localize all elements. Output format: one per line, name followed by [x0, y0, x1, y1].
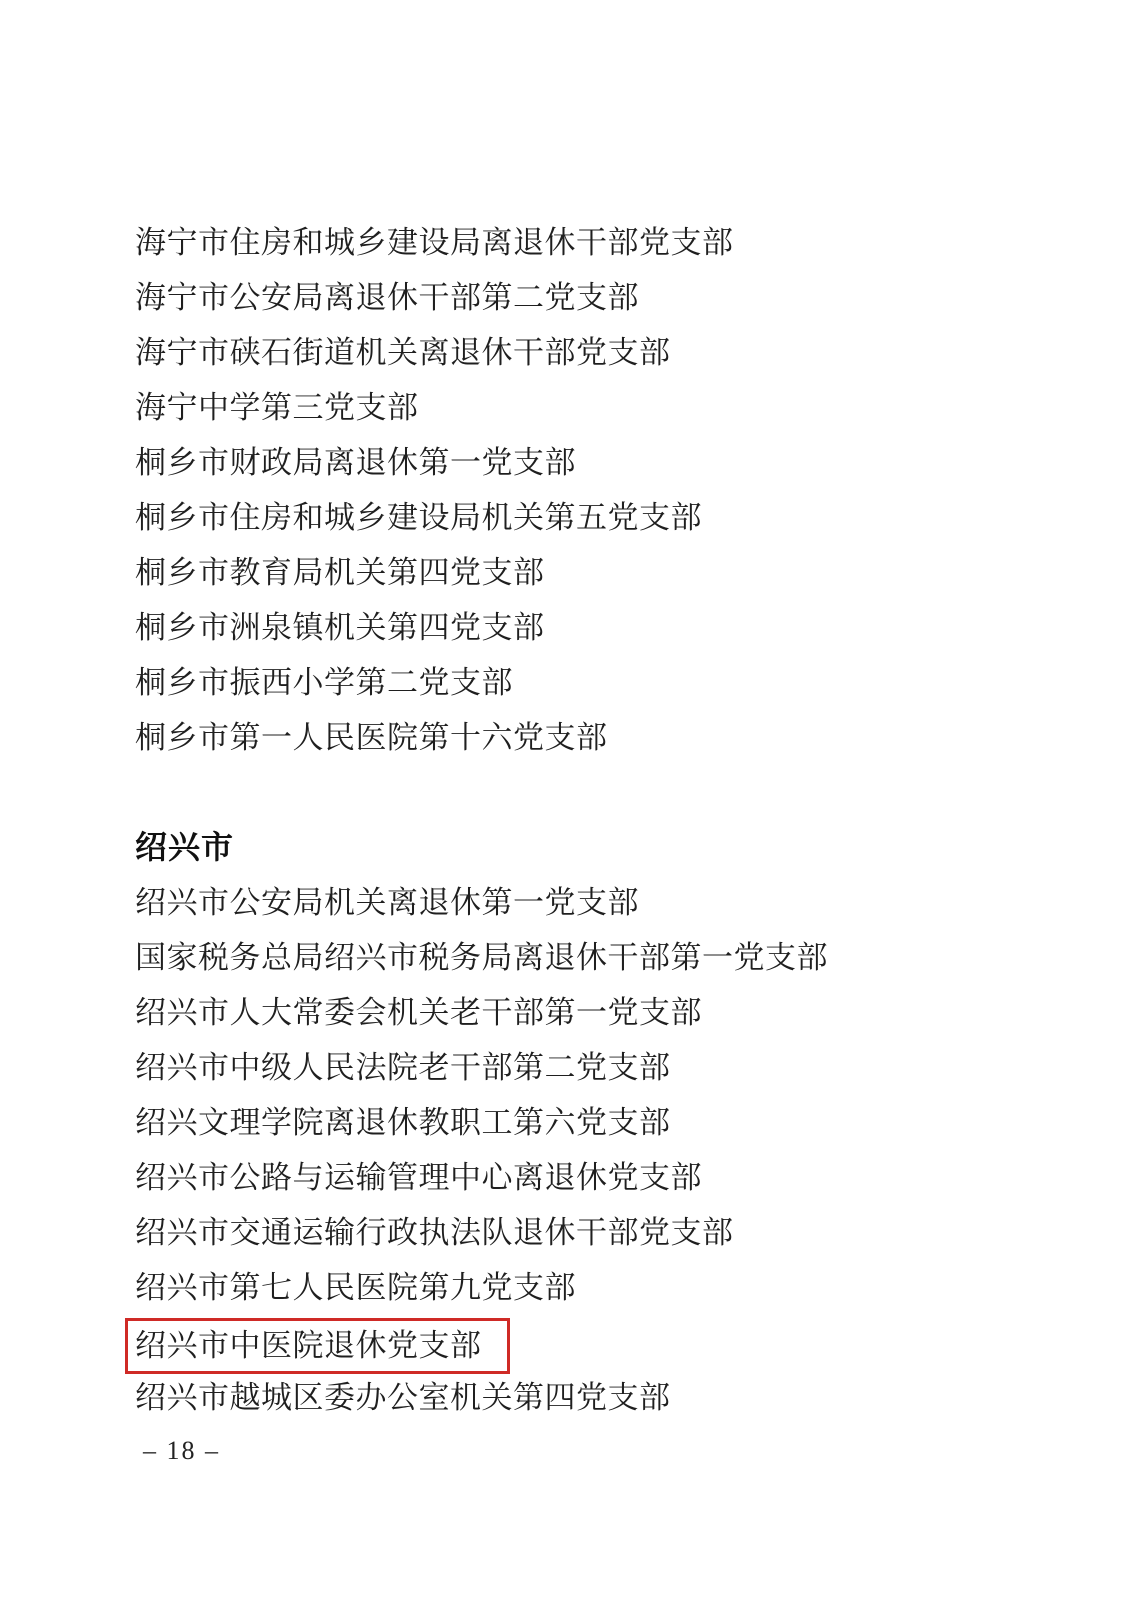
list-item: 绍兴市公安局机关离退休第一党支部 [135, 875, 828, 930]
list-item: 海宁中学第三党支部 [135, 380, 734, 435]
list-item: 桐乡市住房和城乡建设局机关第五党支部 [135, 490, 734, 545]
list-item: 桐乡市财政局离退休第一党支部 [135, 435, 734, 490]
list-item: 绍兴市越城区委办公室机关第四党支部 [135, 1370, 828, 1425]
list-item: 国家税务总局绍兴市税务局离退休干部第一党支部 [135, 930, 828, 985]
list-item: 海宁市公安局离退休干部第二党支部 [135, 270, 734, 325]
list-item: 海宁市硖石街道机关离退休干部党支部 [135, 325, 734, 380]
branch-list-shaoxing: 绍兴市公安局机关离退休第一党支部国家税务总局绍兴市税务局离退休干部第一党支部绍兴… [135, 875, 828, 1425]
list-item: 桐乡市教育局机关第四党支部 [135, 545, 734, 600]
list-item: 桐乡市振西小学第二党支部 [135, 655, 734, 710]
section-haining-tongxiang: 海宁市住房和城乡建设局离退休干部党支部海宁市公安局离退休干部第二党支部海宁市硖石… [135, 215, 734, 765]
highlight-box: 绍兴市中医院退休党支部 [125, 1318, 510, 1374]
list-item: 桐乡市第一人民医院第十六党支部 [135, 710, 734, 765]
branch-list-haining-tongxiang: 海宁市住房和城乡建设局离退休干部党支部海宁市公安局离退休干部第二党支部海宁市硖石… [135, 215, 734, 765]
list-item: 绍兴文理学院离退休教职工第六党支部 [135, 1095, 828, 1150]
list-item: 绍兴市公路与运输管理中心离退休党支部 [135, 1150, 828, 1205]
section-shaoxing: 绍兴市 绍兴市公安局机关离退休第一党支部国家税务总局绍兴市税务局离退休干部第一党… [135, 820, 828, 1425]
list-item: 绍兴市人大常委会机关老干部第一党支部 [135, 985, 828, 1040]
list-item: 绍兴市中级人民法院老干部第二党支部 [135, 1040, 828, 1095]
document-page: 海宁市住房和城乡建设局离退休干部党支部海宁市公安局离退休干部第二党支部海宁市硖石… [0, 0, 1131, 1600]
page-number: – 18 – [143, 1436, 220, 1466]
list-item: 桐乡市洲泉镇机关第四党支部 [135, 600, 734, 655]
section-header-shaoxing: 绍兴市 [135, 820, 828, 875]
list-item: 绍兴市交通运输行政执法队退休干部党支部 [135, 1205, 828, 1260]
list-item: 绍兴市第七人民医院第九党支部 [135, 1260, 828, 1315]
list-item: 海宁市住房和城乡建设局离退休干部党支部 [135, 215, 734, 270]
list-item: 绍兴市中医院退休党支部 [135, 1315, 828, 1370]
